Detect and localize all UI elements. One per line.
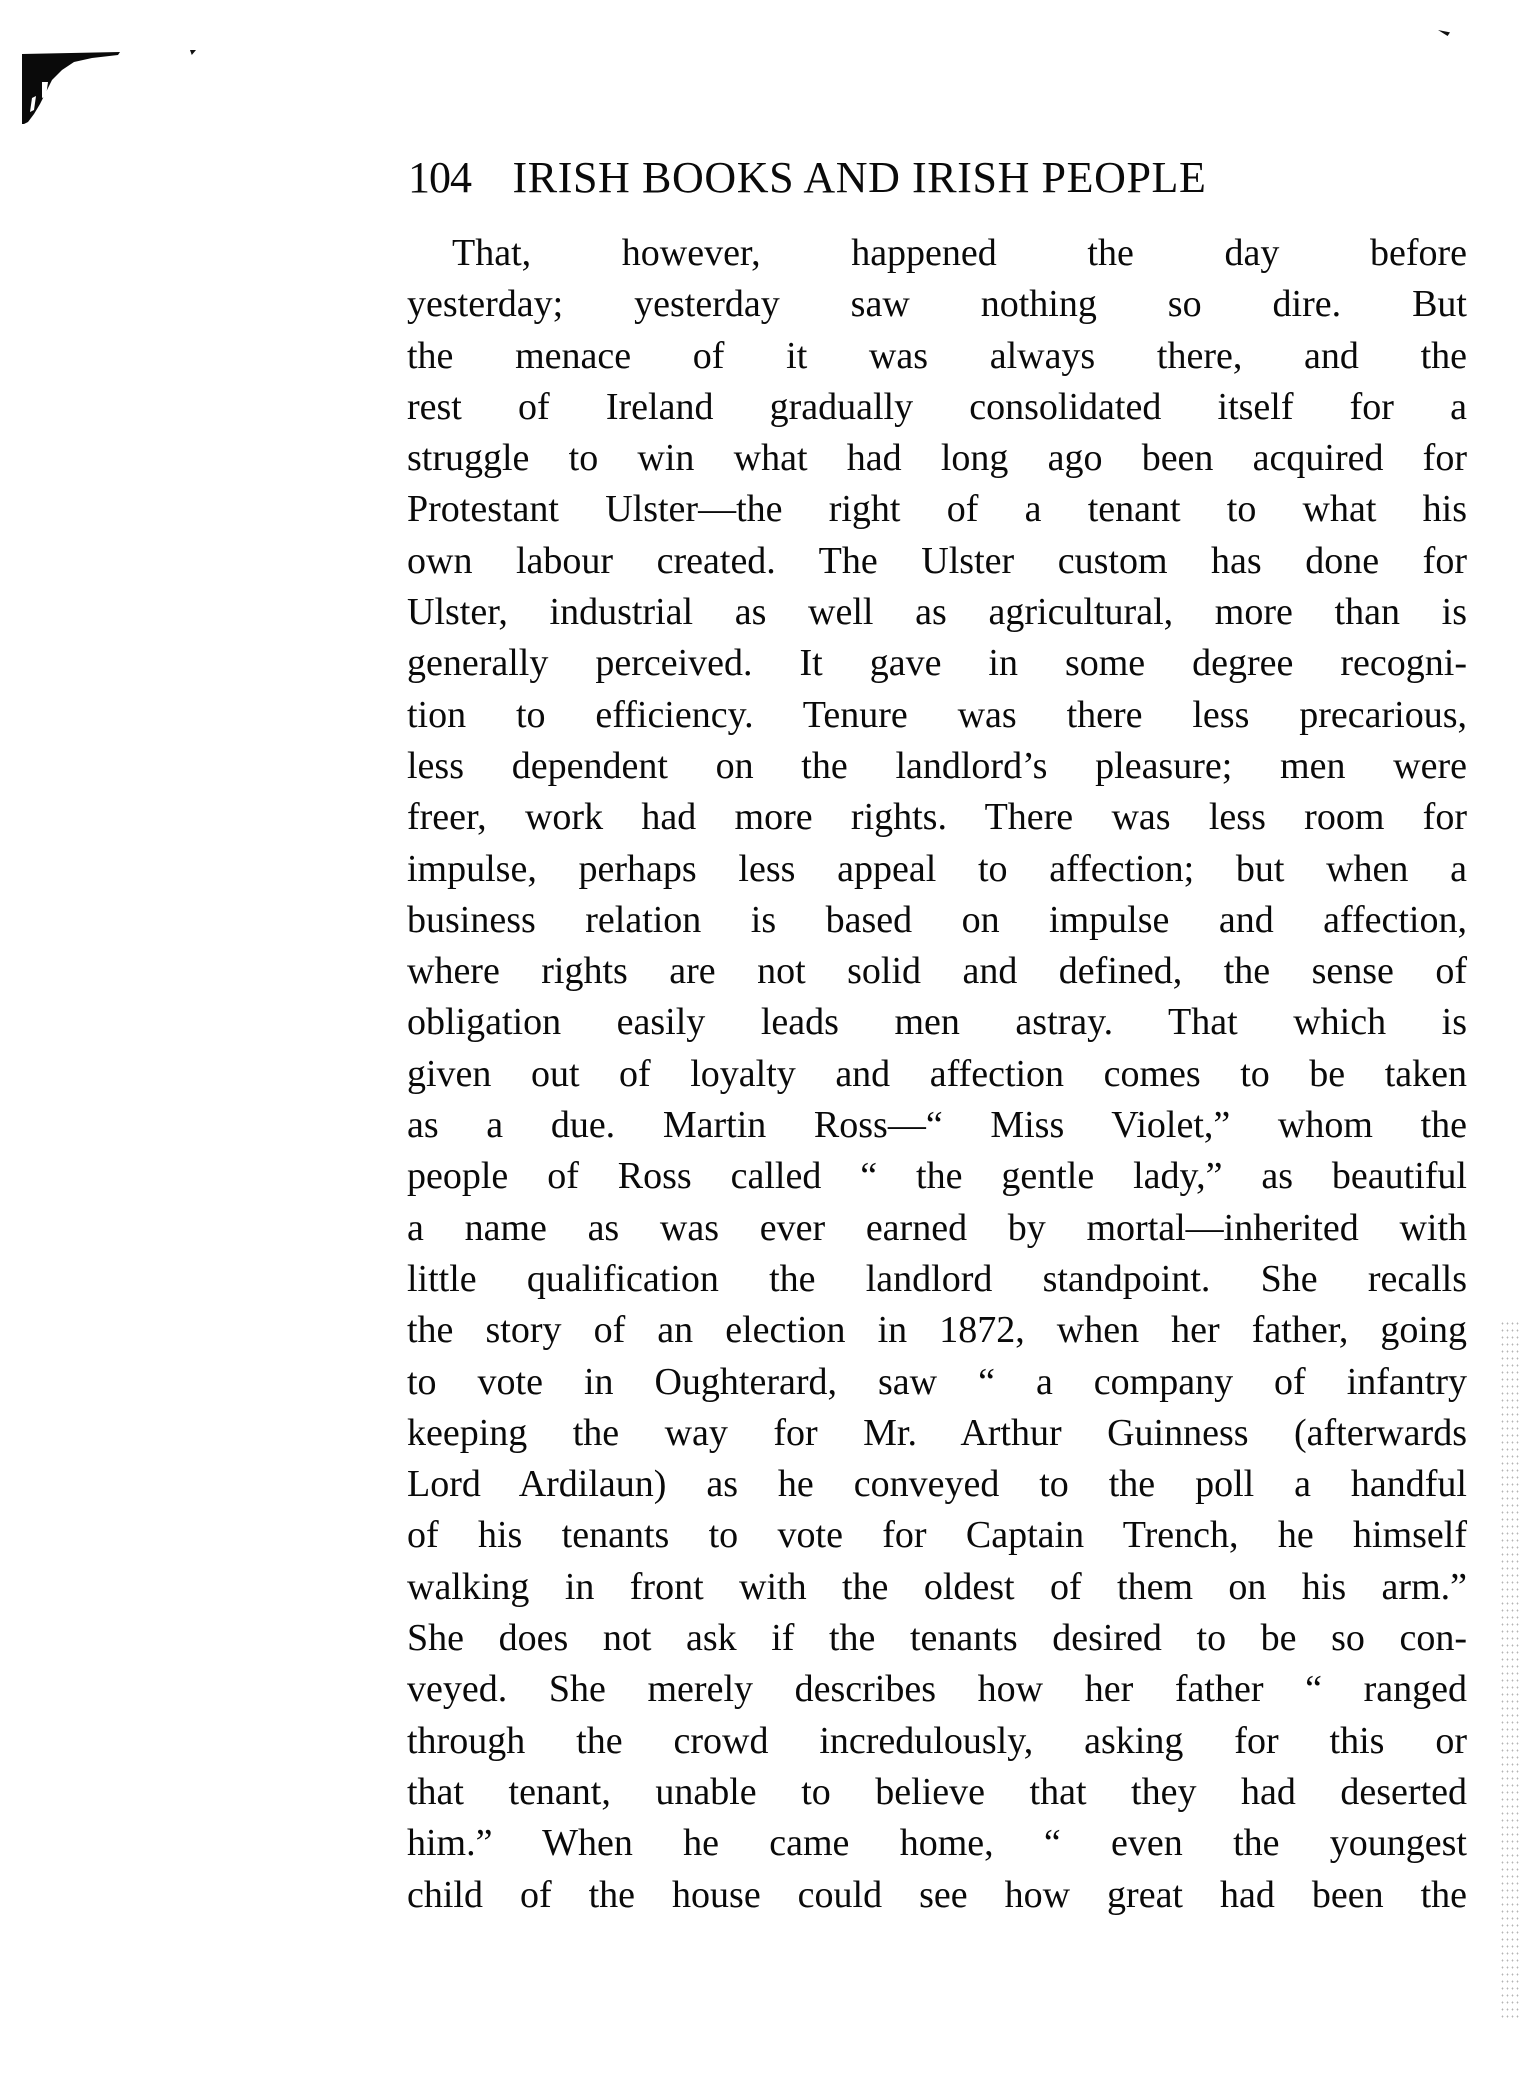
scan-corner-artifact [22, 52, 122, 124]
text-line: less dependent on the landlord’s pleasur… [407, 741, 1467, 792]
text-line: him.” When he came home, “ even the youn… [407, 1818, 1467, 1869]
book-page: 104 IRISH BOOKS AND IRISH PEOPLE That, h… [0, 0, 1535, 2078]
text-line: That, however, happened the day before [407, 228, 1467, 279]
page-number: 104 [408, 148, 471, 208]
text-line: Ulster, industrial as well as agricultur… [407, 587, 1467, 638]
running-title: IRISH BOOKS AND IRISH PEOPLE [513, 148, 1207, 208]
scan-speck [190, 50, 196, 55]
text-line: own labour created. The Ulster custom ha… [407, 536, 1467, 587]
text-line: freer, work had more rights. There was l… [407, 792, 1467, 843]
text-line: people of Ross called “ the gentle lady,… [407, 1151, 1467, 1202]
text-line: walking in front with the oldest of them… [407, 1562, 1467, 1613]
body-text: That, however, happened the day before y… [407, 228, 1467, 1921]
text-line: as a due. Martin Ross—“ Miss Violet,” wh… [407, 1100, 1467, 1151]
text-line: child of the house could see how great h… [407, 1870, 1467, 1921]
text-line: rest of Ireland gradually consolidated i… [407, 382, 1467, 433]
text-line: that tenant, unable to believe that they… [407, 1767, 1467, 1818]
text-line: the story of an election in 1872, when h… [407, 1305, 1467, 1356]
text-line: where rights are not solid and defined, … [407, 946, 1467, 997]
text-line: of his tenants to vote for Captain Trenc… [407, 1510, 1467, 1561]
text-line: a name as was ever earned by mortal—inhe… [407, 1203, 1467, 1254]
text-line: the menace of it was always there, and t… [407, 331, 1467, 382]
running-head: 104 IRISH BOOKS AND IRISH PEOPLE [408, 148, 1468, 208]
text-line: given out of loyalty and affection comes… [407, 1049, 1467, 1100]
text-line: obligation easily leads men astray. That… [407, 997, 1467, 1048]
text-line: struggle to win what had long ago been a… [407, 433, 1467, 484]
text-line: through the crowd incredulously, asking … [407, 1716, 1467, 1767]
text-line: impulse, perhaps less appeal to affectio… [407, 844, 1467, 895]
text-line: keeping the way for Mr. Arthur Guinness … [407, 1408, 1467, 1459]
text-line: business relation is based on impulse an… [407, 895, 1467, 946]
text-line: veyed. She merely describes how her fath… [407, 1664, 1467, 1715]
text-line: Protestant Ulster—the right of a tenant … [407, 484, 1467, 535]
text-line: yesterday; yesterday saw nothing so dire… [407, 279, 1467, 330]
text-line: tion to efficiency. Tenure was there les… [407, 690, 1467, 741]
text-line: to vote in Oughterard, saw “ a company o… [407, 1357, 1467, 1408]
text-line: She does not ask if the tenants desired … [407, 1613, 1467, 1664]
text-line: Lord Ardilaun) as he conveyed to the pol… [407, 1459, 1467, 1510]
scan-edge-noise [1500, 1320, 1520, 2020]
text-line: generally perceived. It gave in some deg… [407, 638, 1467, 689]
scan-speck [1438, 30, 1450, 36]
text-line: little qualification the landlord standp… [407, 1254, 1467, 1305]
